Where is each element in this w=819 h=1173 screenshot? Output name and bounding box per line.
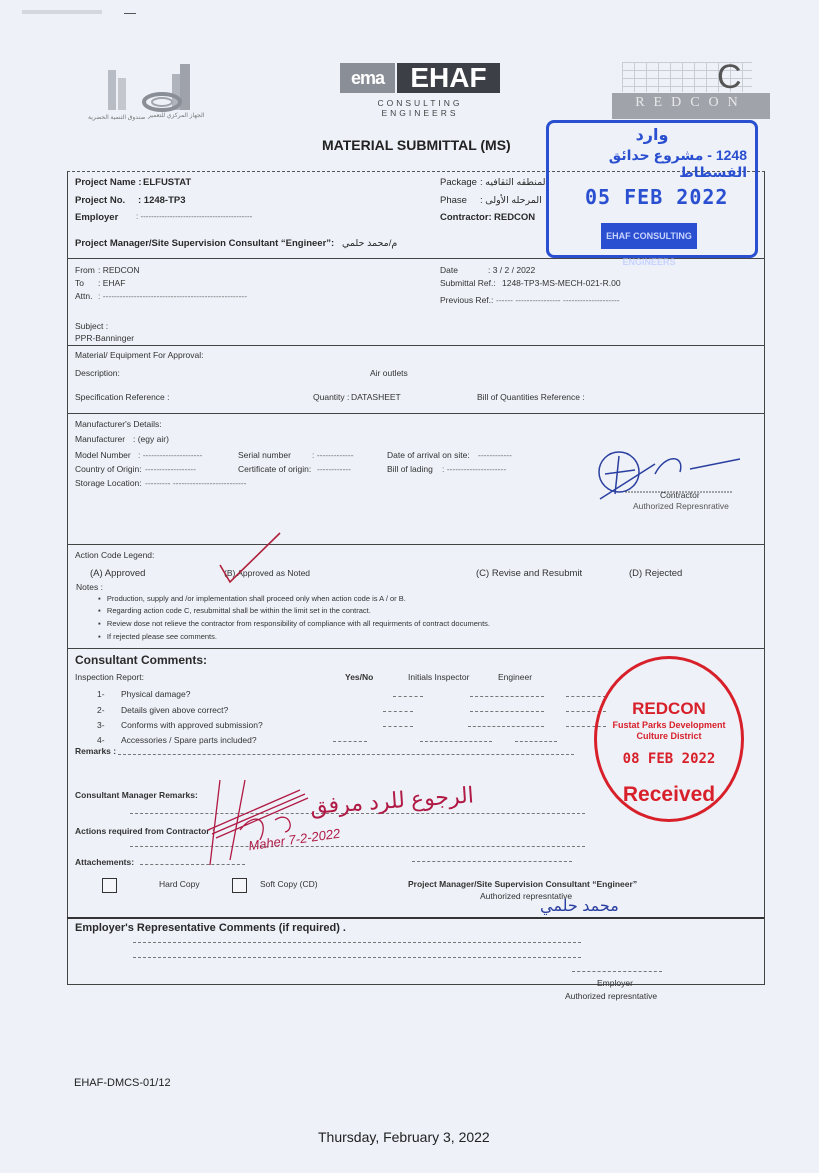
package-value: : المنطقه الثقافيه <box>480 177 548 188</box>
contractor-logo: C REDCON <box>612 62 770 120</box>
checkmark-icon <box>200 525 290 585</box>
note-4-text: If rejected please see comments. <box>107 632 217 641</box>
from-label: From <box>75 265 95 275</box>
action-code-a[interactable]: (A) Approved <box>90 568 145 579</box>
inspection-item-1: Physical damage? <box>121 689 190 699</box>
manufacturer-label: Manufacturer <box>75 434 125 444</box>
blank-line <box>383 726 413 727</box>
phase-label: Phase <box>440 195 467 206</box>
employer-rep-heading: Employer's Representative Comments (if r… <box>75 922 346 934</box>
previous-ref-value: ------ ---------------- ----------------… <box>496 295 620 305</box>
blank-line <box>333 741 367 742</box>
model-value: : --------------------- <box>138 450 202 460</box>
red-stamp-company: REDCON <box>597 699 741 719</box>
action-code-d-code: (D) <box>629 568 642 579</box>
hard-copy-label: Hard Copy <box>159 879 200 889</box>
col-initials-inspector: Initials Inspector <box>408 672 469 682</box>
divider <box>67 544 764 545</box>
employer-signature-title: Authorized represntative <box>565 991 657 1001</box>
client-logo-caption: الجهاز المركزي للتعمير <box>148 112 204 119</box>
actions-required-label: Actions required from Contractor : <box>75 826 215 836</box>
note-3-text: Review dose not relieve the contractor f… <box>107 619 490 628</box>
lading-value: : --------------------- <box>442 464 506 474</box>
manufacturer-value: : (egy air) <box>133 434 169 444</box>
spec-ref-label: Specification Reference : <box>75 392 170 402</box>
attn-value: : --------------------------------------… <box>98 291 247 301</box>
quantity-value: DATASHEET <box>351 392 401 402</box>
employer-value: : --------------------------------------… <box>136 212 252 221</box>
client-logo: الجهاز المركزي للتعمير صندوق التنمية الح… <box>100 60 220 130</box>
notes-label: Notes : <box>76 582 103 592</box>
lading-label: Bill of lading <box>387 464 433 474</box>
col-engineer: Engineer <box>498 672 532 682</box>
inspection-item-3: Conforms with approved submission? <box>121 720 263 730</box>
note-4: ▪ If rejected please see comments. <box>98 632 217 641</box>
ehaf-wordmark: EHAF <box>397 63 500 93</box>
remarks-line[interactable] <box>118 754 574 755</box>
certificate-value: ------------ <box>317 464 351 474</box>
inspection-label: Inspection Report: <box>75 672 144 682</box>
red-stamp-status: Received <box>597 783 741 807</box>
client-logo-caption-2: صندوق التنمية الحضرية <box>88 114 145 121</box>
engineer-signature-line <box>412 861 572 862</box>
page-title: MATERIAL SUBMITTAL (MS) <box>322 137 511 153</box>
redcon-wordmark: REDCON <box>612 93 770 119</box>
action-code-a-label: Approved <box>105 568 146 579</box>
contractor-signature-title: Authorized Represnrative <box>633 501 729 511</box>
note-2: ▪ Regarding action code C, resubmittal s… <box>98 606 371 615</box>
attn-label: Attn. <box>75 291 92 301</box>
redcon-name: REDCON <box>635 95 747 110</box>
inspection-item-4-num: 4- <box>97 735 105 745</box>
manufacturer-heading: Manufacturer's Details: <box>75 419 162 429</box>
note-3: ▪ Review dose not relieve the contractor… <box>98 619 490 628</box>
consultant-logo: ema EHAF CONSULTING ENGINEERS <box>340 60 500 112</box>
remarks-label: Remarks : <box>75 746 116 756</box>
contractor-signature-role: Contractor <box>660 490 700 500</box>
inspection-item-4: Accessories / Spare parts included? <box>121 735 257 745</box>
material-heading: Material/ Equipment For Approval: <box>75 350 204 360</box>
attachments-label: Attachements: <box>75 857 134 867</box>
soft-copy-label: Soft Copy (CD) <box>260 879 318 889</box>
model-label: Model Number <box>75 450 131 460</box>
action-code-c[interactable]: (C) Revise and Resubmit <box>476 568 582 579</box>
contractor-value: REDCON <box>494 212 535 223</box>
manager-remarks-label: Consultant Manager Remarks: <box>75 790 198 800</box>
inspection-item-1-num: 1- <box>97 689 105 699</box>
from-value: : REDCON <box>98 265 140 275</box>
action-code-a-code: (A) <box>90 568 103 579</box>
country-value: ------------------ <box>145 464 196 474</box>
note-1: ▪ Production, supply and /or implementat… <box>98 594 406 603</box>
note-2-text: Regarding action code C, resubmittal sha… <box>107 606 371 615</box>
action-code-d-label: Rejected <box>645 568 683 579</box>
date-label: Date <box>440 265 458 275</box>
note-1-text: Production, supply and /or implementatio… <box>107 594 406 603</box>
engineer-signature-role: Project Manager/Site Supervision Consult… <box>408 879 637 889</box>
employer-signature-line <box>572 971 662 972</box>
stamp-date: 05 FEB 2022 <box>585 185 728 209</box>
employer-comment-line-2[interactable] <box>133 957 581 958</box>
divider <box>67 917 764 919</box>
storage-value: --------- -------------------------- <box>145 478 246 488</box>
hard-copy-checkbox[interactable] <box>102 878 117 893</box>
blank-line <box>420 741 492 742</box>
certificate-label: Certificate of origin: <box>238 464 311 474</box>
subject-value: PPR-Banninger <box>75 333 134 343</box>
blank-line <box>566 696 606 697</box>
blank-line <box>470 711 544 712</box>
arrival-label: Date of arrival on site: <box>387 450 470 460</box>
contractor-label: Contractor: <box>440 212 492 223</box>
engineer-value: م/محمد حلمي <box>342 238 397 249</box>
divider <box>67 648 764 649</box>
divider <box>67 345 764 346</box>
attachments-line <box>140 864 245 865</box>
employer-label: Employer <box>75 212 118 223</box>
project-no-value: : 1248-TP3 <box>138 195 186 206</box>
form-code: EHAF-DMCS-01/12 <box>74 1077 171 1089</box>
stamp-incoming-label: وارد <box>549 125 755 145</box>
inspection-item-2-num: 2- <box>97 705 105 715</box>
engineer-signature: محمد حلمي <box>540 896 619 916</box>
date-value: : 3 / 2 / 2022 <box>488 265 535 275</box>
submittal-ref-value: 1248-TP3-MS-MECH-021-R.00 <box>502 278 621 288</box>
handwritten-signature-icon <box>200 770 580 870</box>
print-date: Thursday, February 3, 2022 <box>318 1129 490 1145</box>
scan-smudge <box>22 10 102 14</box>
blank-line <box>393 696 423 697</box>
storage-label: Storage Location: <box>75 478 142 488</box>
inspection-item-2: Details given above correct? <box>121 705 228 715</box>
submittal-ref-label: Submittal Ref.: <box>440 278 496 288</box>
soft-copy-checkbox[interactable] <box>232 878 247 893</box>
to-label: To <box>75 278 84 288</box>
stamp-logo: EHAF CONSULTING ENGINEERS <box>601 223 697 249</box>
to-value: : EHAF <box>98 278 125 288</box>
consultant-heading: Consultant Comments: <box>75 653 207 667</box>
received-stamp-consultant: وارد 1248 - مشروع حدائق الفسطاط 05 FEB 2… <box>546 120 758 258</box>
red-stamp-date: 08 FEB 2022 <box>597 751 741 767</box>
subject-label: Subject : <box>75 321 108 331</box>
package-label: Package <box>440 177 477 188</box>
project-name-value: ELFUSTAT <box>143 177 191 188</box>
ema-mark: ema <box>340 63 395 93</box>
action-code-c-label: Revise and Resubmit <box>492 568 582 579</box>
red-stamp-line2: Fustat Parks Development <box>597 720 741 730</box>
blank-line <box>383 711 413 712</box>
engineer-label: Project Manager/Site Supervision Consult… <box>75 238 334 249</box>
arrival-value: ------------ <box>478 450 512 460</box>
serial-value: : ------------- <box>312 450 354 460</box>
action-code-c-code: (C) <box>476 568 489 579</box>
description-label: Description: <box>75 368 120 378</box>
project-name-label: Project Name : <box>75 177 142 188</box>
description-value: Air outlets <box>370 368 408 378</box>
stamp-project-label: 1248 - مشروع حدائق الفسطاط <box>549 147 747 181</box>
action-code-d[interactable]: (D) Rejected <box>629 568 682 579</box>
phase-value: : المرحله الأولى <box>480 195 542 206</box>
blank-line <box>515 741 557 742</box>
divider <box>67 413 764 414</box>
received-stamp-contractor: REDCON Fustat Parks Development Culture … <box>594 656 744 822</box>
ehaf-tagline: CONSULTING ENGINEERS <box>340 98 500 118</box>
boq-ref-label: Bill of Quantities Reference : <box>477 392 585 402</box>
country-label: Country of Origin: <box>75 464 142 474</box>
col-yes-no: Yes/No <box>345 672 373 682</box>
redcon-mark: C <box>717 58 742 97</box>
employer-signature-role: Employer <box>597 978 633 988</box>
red-stamp-line3: Culture District <box>597 731 741 741</box>
quantity-label: Quantity : <box>313 392 349 402</box>
previous-ref-label: Previous Ref.: <box>440 295 493 305</box>
scan-mark <box>124 13 136 14</box>
employer-comment-line-1[interactable] <box>133 942 581 943</box>
blank-line <box>468 726 544 727</box>
serial-label: Serial number <box>238 450 291 460</box>
action-code-heading: Action Code Legend: <box>75 550 154 560</box>
inspection-item-3-num: 3- <box>97 720 105 730</box>
project-no-label: Project No. <box>75 195 125 206</box>
blank-line <box>470 696 544 697</box>
